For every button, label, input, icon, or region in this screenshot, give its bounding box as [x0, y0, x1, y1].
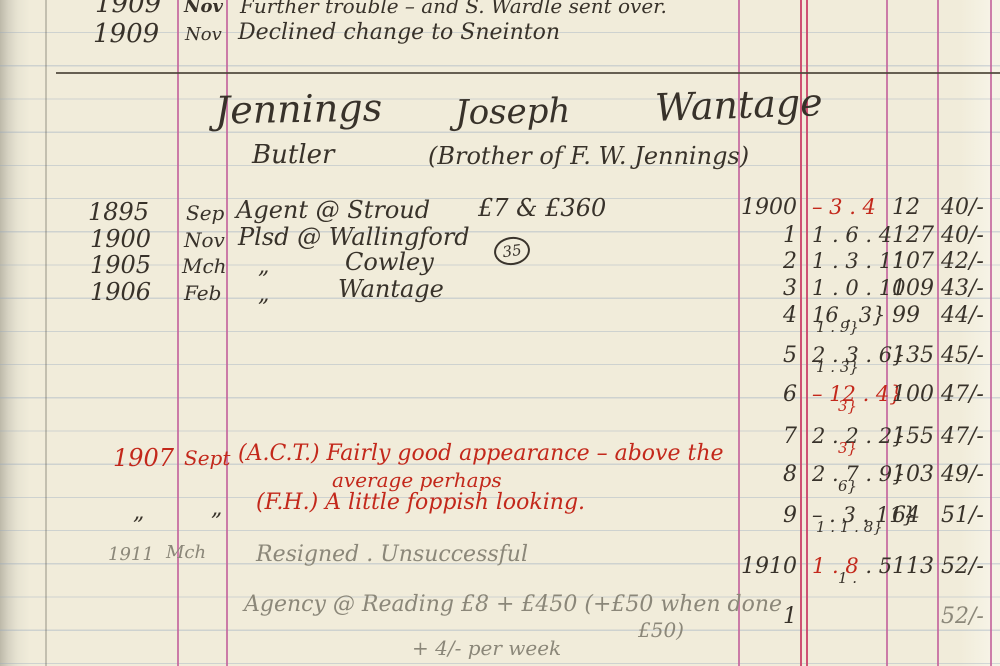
ledger-count: 155 — [892, 426, 934, 448]
remark-month: Sept — [184, 448, 230, 468]
career-year: 1905 — [90, 253, 151, 277]
ledger-rate: 42/- — [941, 251, 984, 273]
money-main: – 12 . 4} — [812, 382, 903, 406]
money-main: – 3 . 4 — [812, 195, 876, 219]
ledger-rate: 47/- — [941, 384, 984, 406]
page-crease — [45, 0, 47, 666]
ledger-rate: 52/- — [941, 606, 984, 628]
ledger-page: 1909 Nov Further trouble – and S. Wardle… — [0, 0, 1000, 666]
ledger-count: 113 — [892, 556, 934, 578]
ledger-money: 1 . 6 . 4 — [812, 225, 892, 246]
ledger-money: – . 3 . 11}1 . 1 . 8} — [812, 505, 892, 526]
money-main2: . 5 — [859, 554, 892, 578]
ledger-money: 1 . 0 . 10 — [812, 278, 892, 299]
ledger-year: 1910 — [737, 556, 797, 578]
column-rule-edge — [990, 0, 992, 666]
career-year: 1906 — [90, 280, 151, 304]
ledger-rate: 49/- — [941, 464, 984, 486]
closing-text: Resigned . Unsuccessful — [256, 544, 528, 566]
money-sub: 1 . 3} — [816, 360, 859, 375]
ledger-year: 4 — [737, 305, 797, 327]
ledger-rate: 43/- — [941, 278, 984, 300]
note-year: 1909 — [93, 21, 159, 47]
note-month: Nov — [185, 26, 222, 44]
ledger-money: – 3 . 4 — [812, 197, 892, 218]
agency-line2: £50) — [638, 620, 684, 640]
career-entry: Plsd @ Wallingford — [238, 225, 470, 249]
career-year: 1900 — [90, 227, 151, 251]
career-month: Sep — [186, 203, 224, 223]
closing-month: Mch — [166, 544, 206, 562]
note-year: 1909 — [95, 0, 161, 17]
ledger-count: 103 — [892, 464, 934, 486]
ledger-rate: 40/- — [941, 197, 984, 219]
money-sub: 3} — [838, 399, 857, 414]
relation-note: (Brother of F. W. Jennings) — [428, 144, 749, 168]
ledger-count: 12 — [892, 197, 920, 219]
money-main: 1 . 6 . 4 — [812, 223, 892, 247]
ledger-year: 1900 — [737, 197, 797, 219]
ledger-money: 16 . 3}1 . 9} — [812, 305, 892, 326]
remark-line2: average perhaps — [332, 470, 502, 490]
ledger-year: 3 — [737, 278, 797, 300]
closing-year: 1911 — [108, 546, 154, 564]
ledger-rate: 45/- — [941, 345, 984, 367]
section-rule — [56, 72, 1000, 74]
ledger-year: 9 — [737, 505, 797, 527]
ledger-money: 2 . 3 . 6}1 . 3} — [812, 345, 892, 366]
ledger-count: 64 — [892, 505, 920, 527]
surname: Jennings — [215, 89, 383, 130]
note-month: Nov — [184, 0, 223, 16]
ledger-money: 2 . 7 . 9}6} — [812, 464, 892, 485]
career-amount: £7 & £360 — [478, 196, 606, 220]
ledger-count: 135 — [892, 345, 934, 367]
ledger-count: 107 — [892, 251, 934, 273]
career-entry: Cowley — [345, 250, 434, 274]
ledger-year: 5 — [737, 345, 797, 367]
ditto-mark: „ — [258, 284, 269, 306]
occupation: Butler — [252, 142, 334, 168]
ledger-rate: 47/- — [941, 426, 984, 448]
ledger-count: 99 — [892, 305, 920, 327]
career-month: Feb — [184, 283, 221, 303]
agency-line3: + 4/- per week — [412, 638, 561, 658]
note-text: Further trouble – and S. Wardle sent ove… — [240, 0, 667, 16]
ledger-money: 1 . 3 . 11 — [812, 251, 892, 272]
forename: Joseph — [455, 94, 571, 130]
salary-badge: 35 — [492, 235, 532, 268]
career-month: Nov — [184, 230, 225, 250]
column-rule-left-1 — [177, 0, 179, 666]
ledger-rate: 44/- — [941, 305, 984, 327]
ledger-money: – 12 . 4}3} — [812, 384, 892, 405]
ledger-money: 1 . 8 . 51 . — [812, 556, 892, 577]
agency-line1: Agency @ Reading £8 + £450 (+£50 when do… — [244, 594, 782, 616]
ledger-year: 7 — [737, 426, 797, 448]
money-sub: 6} — [838, 479, 857, 494]
ledger-count: 127 — [892, 225, 934, 247]
money-sub: 3} — [838, 441, 857, 456]
note-text: Declined change to Sneinton — [238, 22, 560, 44]
money-sub: 1 . — [838, 571, 857, 586]
ledger-year: 6 — [737, 384, 797, 406]
column-rule-rate — [937, 0, 939, 666]
money-sub: 1 . 1 . 8} — [816, 520, 883, 535]
ledger-count: 100 — [892, 384, 934, 406]
town: Wantage — [654, 83, 823, 127]
ledger-year: 1 — [737, 225, 797, 247]
money-sub: 1 . 9} — [816, 320, 859, 335]
ledger-rate: 52/- — [941, 556, 984, 578]
career-entry: Wantage — [338, 277, 444, 301]
ledger-count: 109 — [892, 278, 934, 300]
ledger-rate: 51/- — [941, 505, 984, 527]
remark-year: 1907 — [113, 446, 174, 470]
ditto-mark: „ — [133, 502, 144, 524]
ledger-money: 2 . 2 . 2}3} — [812, 426, 892, 447]
ledger-year: 2 — [737, 251, 797, 273]
remark-line1: (A.C.T.) Fairly good appearance – above … — [238, 443, 724, 465]
remark-line3: (F.H.) A little foppish looking. — [256, 492, 585, 514]
career-year: 1895 — [88, 200, 149, 224]
ledger-rate: 40/- — [941, 225, 984, 247]
ditto-mark: „ — [211, 498, 222, 520]
ditto-mark: „ — [258, 256, 269, 278]
career-entry: Agent @ Stroud — [236, 198, 430, 222]
ledger-year: 8 — [737, 464, 797, 486]
career-month: Mch — [182, 256, 227, 276]
